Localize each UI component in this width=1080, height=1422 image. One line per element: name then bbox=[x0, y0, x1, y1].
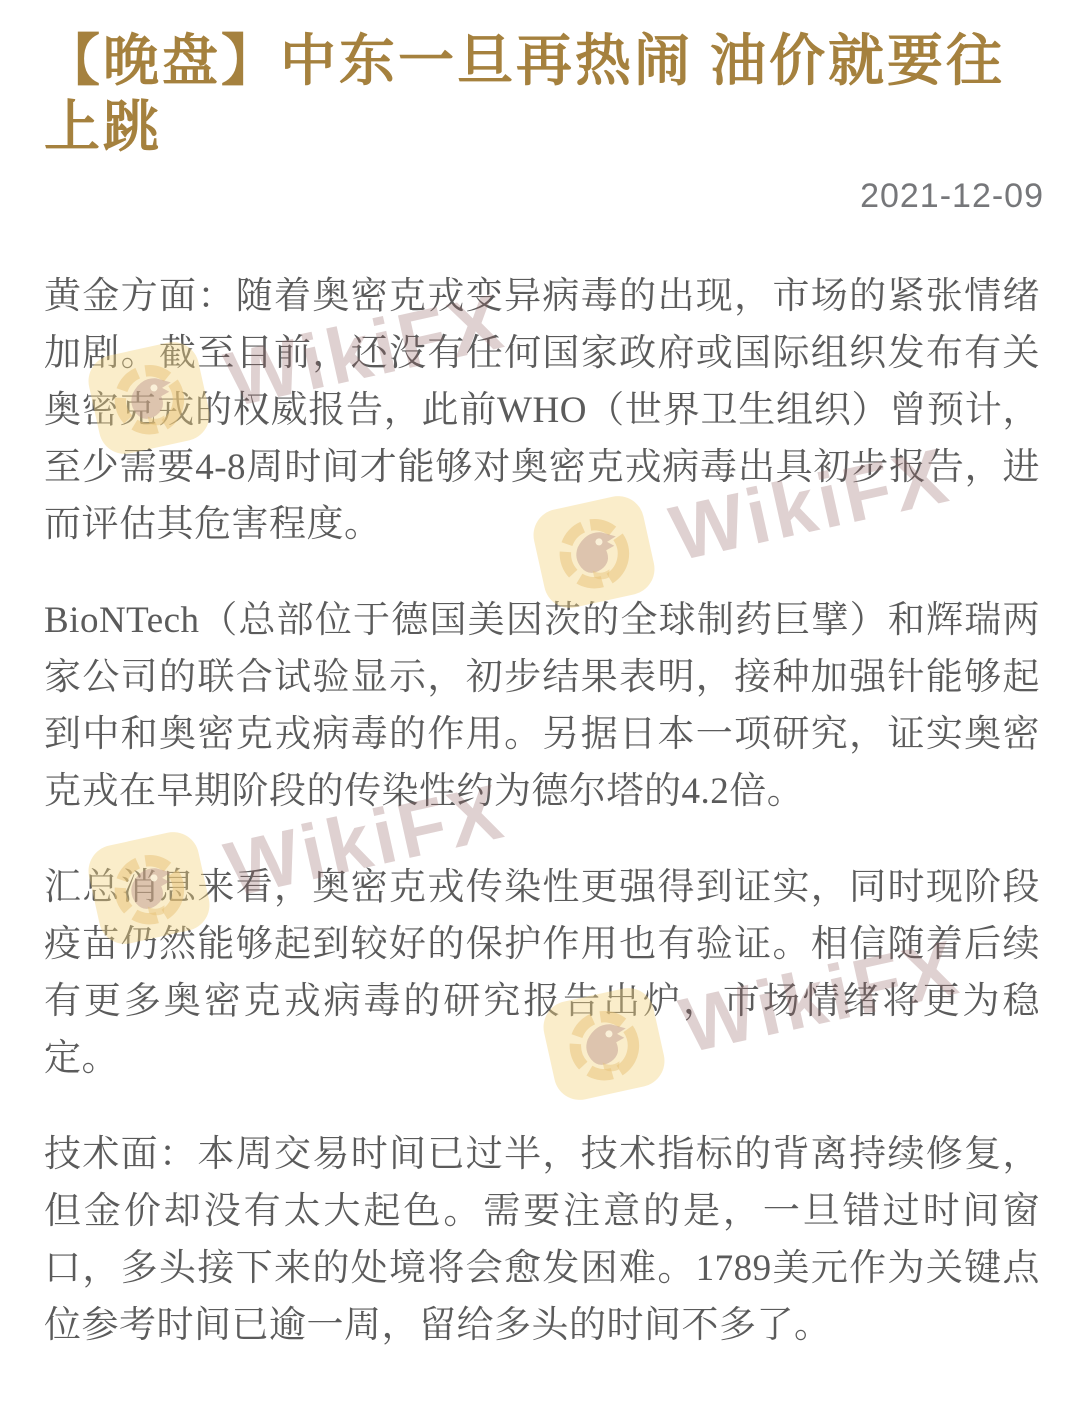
article-paragraph: BioNTech（总部位于德国美因茨的全球制药巨擘）和辉瑞两家公司的联合试验显示… bbox=[44, 592, 1040, 820]
article-page: 【晚盘】中东一旦再热闹 油价就要往上跳 2021-12-09 黄金方面：随着奥密… bbox=[0, 0, 1080, 1422]
article-paragraph: 黄金方面：随着奥密克戎变异病毒的出现，市场的紧张情绪加剧。截至目前，还没有任何国… bbox=[44, 268, 1040, 553]
article-date: 2021-12-09 bbox=[0, 161, 1080, 216]
article-paragraph: 汇总消息来看，奥密克戎传染性更强得到证实，同时现阶段疫苗仍然能够起到较好的保护作… bbox=[44, 859, 1040, 1087]
article-body: 黄金方面：随着奥密克戎变异病毒的出现，市场的紧张情绪加剧。截至目前，还没有任何国… bbox=[0, 216, 1080, 1354]
article-title: 【晚盘】中东一旦再热闹 油价就要往上跳 bbox=[0, 0, 1080, 161]
article-paragraph: 技术面：本周交易时间已过半，技术指标的背离持续修复，但金价却没有太大起色。需要注… bbox=[44, 1126, 1040, 1354]
